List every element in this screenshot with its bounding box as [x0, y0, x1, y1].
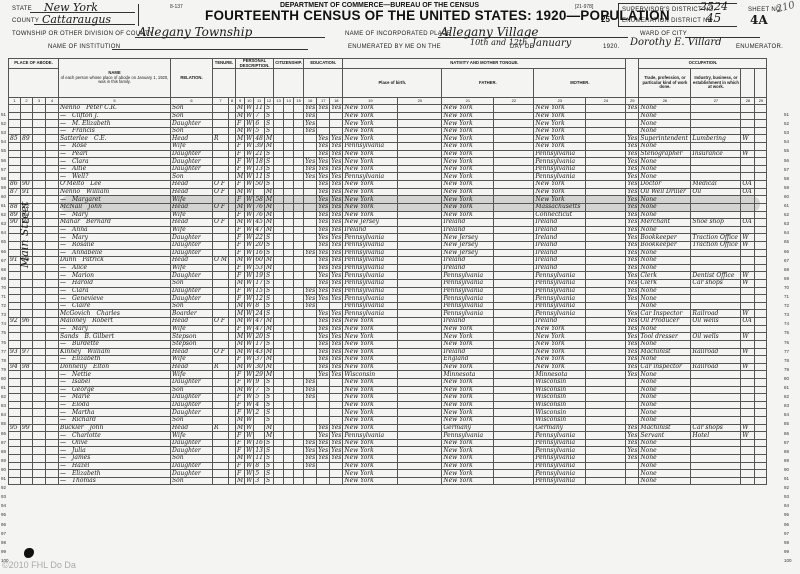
birthplace-cell: Pennsylvania	[343, 280, 398, 288]
line-number: 54	[784, 139, 789, 144]
surname: —	[60, 371, 66, 378]
person-name: —Claire	[59, 302, 171, 310]
mother-birth-cell: Pennsylvania	[534, 280, 586, 288]
empty-cell	[494, 196, 534, 204]
industry-cell: Lumbering	[691, 135, 741, 143]
english-cell: Yes	[626, 280, 639, 288]
tenure-cell: O F	[213, 318, 229, 326]
empty-cell	[228, 158, 235, 166]
relation-cell: Wife	[171, 432, 213, 440]
empty-cell	[586, 112, 626, 120]
marital-cell: S	[264, 272, 273, 280]
family-cell	[21, 150, 33, 158]
empty-cell	[46, 424, 59, 432]
line-number: 84	[1, 412, 6, 417]
empty-cell	[274, 287, 284, 295]
empty-cell	[228, 181, 235, 189]
empty-cell	[398, 416, 442, 424]
empty-cell	[494, 127, 534, 135]
race-cell: W	[245, 219, 254, 227]
write-cell	[330, 401, 343, 409]
empty-cell	[294, 150, 304, 158]
school-cell	[304, 272, 317, 280]
marital-cell: S	[264, 455, 273, 463]
person-name: —Rose	[59, 143, 171, 151]
empty-cell	[228, 143, 235, 151]
mother-birth-cell: Massachusetts	[534, 203, 586, 211]
empty-cell	[33, 394, 46, 402]
line-number: 64	[1, 230, 6, 235]
english-cell: Yes	[626, 150, 639, 158]
surname: —	[60, 470, 66, 477]
line-number: 78	[784, 358, 789, 363]
empty-cell	[33, 105, 46, 113]
marital-cell: S	[264, 150, 273, 158]
sex-cell: F	[235, 181, 244, 189]
empty-cell	[494, 424, 534, 432]
empty-cell	[755, 340, 767, 348]
class-cell	[741, 226, 755, 234]
dwelling-cell	[9, 462, 21, 470]
empty-cell	[586, 120, 626, 128]
given-name: Elton	[93, 363, 109, 370]
empty-cell	[284, 272, 294, 280]
empty-cell	[398, 447, 442, 455]
relation-cell: Son	[171, 112, 213, 120]
relation-cell: Daughter	[171, 150, 213, 158]
mother-birth-cell: Pennsylvania	[534, 173, 586, 181]
empty-cell	[398, 295, 442, 303]
marital-cell: S	[264, 416, 273, 424]
empty-cell	[284, 120, 294, 128]
family-cell	[21, 302, 33, 310]
sex-cell: F	[235, 120, 244, 128]
empty-cell	[586, 203, 626, 211]
school-cell	[304, 203, 317, 211]
class-cell: W	[741, 150, 755, 158]
english-cell: Yes	[626, 272, 639, 280]
family-cell	[21, 340, 33, 348]
census-table: PLACE OF ABODE. NAMEof each person whose…	[8, 58, 767, 485]
write-cell: Yes	[330, 241, 343, 249]
marital-cell: M	[264, 356, 273, 364]
empty-cell	[586, 105, 626, 113]
empty-cell	[228, 203, 235, 211]
age-cell: 8	[254, 462, 265, 470]
empty-cell	[398, 241, 442, 249]
race-cell: W	[245, 120, 254, 128]
birthplace-cell: New York	[343, 333, 398, 341]
empty-cell	[586, 188, 626, 196]
father-birth-cell: New York	[442, 416, 494, 424]
person-name: —Marion	[59, 272, 171, 280]
surname: Mahar	[60, 219, 80, 226]
sex-cell: F	[235, 249, 244, 257]
mother-birth-cell: New York	[534, 127, 586, 135]
birthplace-cell: Pennsylvania	[343, 143, 398, 151]
school-cell: Yes	[304, 165, 317, 173]
family-cell	[21, 325, 33, 333]
tenure-cell	[213, 295, 229, 303]
line-number: 71	[1, 294, 6, 299]
relation-cell: Son	[171, 127, 213, 135]
occupation-cell: None	[639, 120, 691, 128]
school-cell	[304, 196, 317, 204]
empty-cell	[274, 219, 284, 227]
age-cell: 12	[254, 295, 265, 303]
empty-cell	[33, 143, 46, 151]
school-cell: Yes	[304, 120, 317, 128]
marital-cell: S	[264, 401, 273, 409]
marital-cell: S	[264, 462, 273, 470]
class-cell	[741, 211, 755, 219]
person-name: MaharBernard	[59, 219, 171, 227]
school-cell: Yes	[304, 127, 317, 135]
empty-cell	[294, 432, 304, 440]
empty-cell	[33, 455, 46, 463]
empty-cell	[586, 333, 626, 341]
column-number: 2	[21, 98, 33, 105]
school-cell: Yes	[304, 173, 317, 181]
empty-cell	[33, 165, 46, 173]
empty-cell	[398, 264, 442, 272]
relation-cell: Son	[171, 302, 213, 310]
tenure-cell	[213, 241, 229, 249]
class-cell	[741, 409, 755, 417]
write-cell: Yes	[330, 165, 343, 173]
family-cell	[21, 112, 33, 120]
race-cell: W	[245, 447, 254, 455]
empty-cell	[398, 234, 442, 242]
empty-cell	[294, 120, 304, 128]
class-cell: W	[741, 241, 755, 249]
school-cell	[304, 241, 317, 249]
empty-cell	[294, 348, 304, 356]
occupation-header: OCCUPATION.	[639, 59, 767, 69]
sex-cell: M	[235, 257, 244, 265]
birthplace-cell: New York	[343, 135, 398, 143]
empty-cell	[294, 112, 304, 120]
empty-cell	[586, 127, 626, 135]
write-cell: Yes	[330, 356, 343, 364]
tenure-cell	[213, 165, 229, 173]
dwelling-cell	[9, 356, 21, 364]
relation-cell: Daughter	[171, 470, 213, 478]
empty-cell	[33, 219, 46, 227]
class-cell	[741, 378, 755, 386]
occupation-cell: Car inspector	[639, 363, 691, 371]
family-cell	[21, 333, 33, 341]
tenure-cell	[213, 462, 229, 470]
tenure-header: TENURE.	[213, 59, 236, 69]
empty-cell	[33, 112, 46, 120]
empty-cell	[46, 477, 59, 485]
given-name: Elizabeth	[72, 470, 101, 477]
mother-birth-cell: Pennsylvania	[534, 295, 586, 303]
column-number: 6	[171, 98, 213, 105]
line-number: 51	[1, 112, 6, 117]
family-cell	[21, 158, 33, 166]
empty-cell	[586, 371, 626, 379]
tenure-cell: O F	[213, 181, 229, 189]
surname: —	[60, 226, 66, 233]
dwelling-cell	[9, 280, 21, 288]
dwelling-cell: 95	[9, 424, 21, 432]
sex-cell: M	[235, 188, 244, 196]
relation-cell: Boarder	[171, 310, 213, 318]
empty-cell	[46, 386, 59, 394]
write-cell	[330, 477, 343, 485]
relation-cell: Head	[171, 424, 213, 432]
empty-cell	[274, 105, 284, 113]
empty-cell	[494, 439, 534, 447]
empty-cell	[46, 211, 59, 219]
birthplace-cell: New Jersey	[343, 219, 398, 227]
marital-cell: M	[264, 226, 273, 234]
sex-cell: M	[235, 455, 244, 463]
age-cell	[254, 188, 265, 196]
empty-cell	[294, 127, 304, 135]
line-number: 70	[1, 285, 6, 290]
birthplace-cell: Pennsylvania	[343, 432, 398, 440]
dwelling-cell	[9, 409, 21, 417]
age-cell: 47	[254, 318, 265, 326]
industry-cell	[691, 371, 741, 379]
industry-cell	[691, 127, 741, 135]
father-birth-cell: New Jersey	[442, 249, 494, 257]
line-number: 97	[784, 531, 789, 536]
surname: —	[60, 112, 66, 119]
table-row: —ElodaDaughterFW4SNew YorkNew YorkWiscon…	[9, 401, 767, 409]
race-cell: W	[245, 211, 254, 219]
birthplace-cell: New York	[343, 477, 398, 485]
occupation-cell: None	[639, 295, 691, 303]
tenure-cell: O F	[213, 203, 229, 211]
column-number: 16	[304, 98, 317, 105]
surname: Nenno	[60, 188, 80, 195]
read-cell	[317, 127, 330, 135]
empty-cell	[294, 325, 304, 333]
marital-cell: S	[264, 234, 273, 242]
relation-cell: Head	[171, 257, 213, 265]
empty-cell	[755, 409, 767, 417]
race-cell: W	[245, 203, 254, 211]
given-name: Hazel	[72, 462, 89, 469]
given-name: Peter C.R.	[86, 105, 117, 112]
person-name: —Clifton J.	[59, 112, 171, 120]
marital-cell: S	[264, 447, 273, 455]
marital-cell: M	[264, 257, 273, 265]
race-cell: W	[245, 264, 254, 272]
industry-cell: Railroad	[691, 363, 741, 371]
table-row: —ElizabethDaughterFW5SNew YorkNew YorkPe…	[9, 470, 767, 478]
person-name: —Nettie	[59, 371, 171, 379]
tenure-cell	[213, 371, 229, 379]
empty-cell	[46, 447, 59, 455]
industry-cell	[691, 477, 741, 485]
read-cell	[317, 477, 330, 485]
birthplace-cell: Pennsylvania	[343, 241, 398, 249]
empty-cell	[494, 394, 534, 402]
column-number: 8	[228, 98, 235, 105]
empty-cell	[274, 386, 284, 394]
empty-cell	[284, 439, 294, 447]
write-cell	[330, 416, 343, 424]
empty-cell	[274, 455, 284, 463]
given-name: Isabel	[72, 378, 90, 385]
father-birth-cell: New York	[442, 188, 494, 196]
empty-cell	[33, 401, 46, 409]
empty-cell	[494, 211, 534, 219]
english-cell	[626, 386, 639, 394]
table-row: —MargaretWifeFW58MYesYesNew YorkNew York…	[9, 196, 767, 204]
empty-cell	[494, 378, 534, 386]
industry-cell	[691, 120, 741, 128]
dwelling-cell	[9, 165, 21, 173]
race-cell: W	[245, 325, 254, 333]
family-cell	[21, 378, 33, 386]
surname: —	[60, 477, 66, 484]
write-cell: Yes	[330, 234, 343, 242]
age-cell: 29	[254, 371, 265, 379]
industry-cell	[691, 264, 741, 272]
empty-cell	[274, 257, 284, 265]
empty-cell	[33, 439, 46, 447]
family-cell	[21, 432, 33, 440]
column-number: 5	[59, 98, 171, 105]
write-cell: Yes	[330, 105, 343, 113]
industry-cell: Car shops	[691, 280, 741, 288]
empty-cell	[755, 416, 767, 424]
surname: —	[60, 447, 66, 454]
table-row: 9397KinneyWilliamHeadO FMW43MYesYesNew Y…	[9, 348, 767, 356]
given-name: Anna	[72, 226, 88, 233]
father-birth-cell: New Jersey	[442, 234, 494, 242]
empty-cell	[284, 257, 294, 265]
age-cell: 7	[254, 386, 265, 394]
surname: Kinney	[60, 348, 81, 355]
sex-cell: M	[235, 203, 244, 211]
empty-cell	[46, 181, 59, 189]
empty-cell	[274, 462, 284, 470]
sex-cell: M	[235, 333, 244, 341]
empty-cell	[755, 348, 767, 356]
empty-cell	[228, 356, 235, 364]
empty-cell	[398, 249, 442, 257]
empty-cell	[274, 394, 284, 402]
family-cell: 99	[21, 424, 33, 432]
sex-cell: M	[235, 280, 244, 288]
occupation-cell: None	[639, 257, 691, 265]
read-cell: Yes	[317, 165, 330, 173]
age-cell: 48	[254, 135, 265, 143]
school-cell: Yes	[304, 439, 317, 447]
empty-cell	[33, 211, 46, 219]
empty-cell	[274, 356, 284, 364]
line-number: 80	[784, 376, 789, 381]
age-cell: 18	[254, 158, 265, 166]
empty-cell	[398, 318, 442, 326]
empty-cell	[294, 264, 304, 272]
tenure-cell	[213, 249, 229, 257]
empty-cell	[274, 264, 284, 272]
empty-cell	[33, 188, 46, 196]
empty-cell	[294, 135, 304, 143]
empty-cell	[398, 340, 442, 348]
age-cell: 2	[254, 409, 265, 417]
read-cell: Yes	[317, 310, 330, 318]
sex-cell: M	[235, 105, 244, 113]
birthplace-cell: Pennsylvania	[343, 257, 398, 265]
empty-cell	[46, 158, 59, 166]
school-cell	[304, 409, 317, 417]
empty-cell	[494, 143, 534, 151]
table-row: —GenevieveDaughterFW12SYesYesYesPennsylv…	[9, 295, 767, 303]
empty-cell	[33, 173, 46, 181]
given-name: Alice	[72, 264, 87, 271]
person-name: —Francis	[59, 127, 171, 135]
enumeration-district-value: 45	[706, 11, 721, 25]
mother-birth-cell: Wisconsin	[534, 416, 586, 424]
industry-cell: Insurance	[691, 150, 741, 158]
mother-birth-cell: New York	[534, 340, 586, 348]
empty-cell	[274, 143, 284, 151]
empty-cell	[33, 158, 46, 166]
sex-cell: M	[235, 424, 244, 432]
line-number: 95	[1, 512, 6, 517]
write-cell: Yes	[330, 318, 343, 326]
empty-cell	[586, 249, 626, 257]
tenure-cell	[213, 439, 229, 447]
mother-birth-cell: Pennsylvania	[534, 287, 586, 295]
form-code: [21-978]	[575, 4, 593, 10]
sex-cell: M	[235, 348, 244, 356]
empty-cell	[398, 401, 442, 409]
empty-cell	[46, 432, 59, 440]
given-name: Eloda	[72, 401, 89, 408]
line-number: 96	[784, 522, 789, 527]
english-cell: Yes	[626, 196, 639, 204]
class-cell: W	[741, 363, 755, 371]
family-cell: 91	[21, 188, 33, 196]
marital-cell: M	[264, 325, 273, 333]
relation-cell: Son	[171, 386, 213, 394]
empty-cell	[398, 409, 442, 417]
empty-cell	[586, 241, 626, 249]
english-cell	[626, 409, 639, 417]
empty-cell	[33, 409, 46, 417]
empty-cell	[284, 363, 294, 371]
person-birthplace-header: Place of birth.	[343, 69, 442, 98]
age-cell: 76	[254, 211, 265, 219]
class-cell	[741, 196, 755, 204]
surname: —	[60, 394, 66, 401]
surname: McGovich	[60, 310, 90, 317]
english-cell: Yes	[626, 325, 639, 333]
tenure-cell	[213, 120, 229, 128]
empty-cell	[284, 455, 294, 463]
surname: —	[60, 280, 66, 287]
school-cell	[304, 188, 317, 196]
read-cell	[317, 409, 330, 417]
tenure-cell	[213, 173, 229, 181]
english-cell: Yes	[626, 219, 639, 227]
marital-cell: S	[264, 287, 273, 295]
read-cell: Yes	[317, 432, 330, 440]
english-cell: Yes	[626, 318, 639, 326]
relation-cell: Head	[171, 135, 213, 143]
read-cell: Yes	[317, 196, 330, 204]
